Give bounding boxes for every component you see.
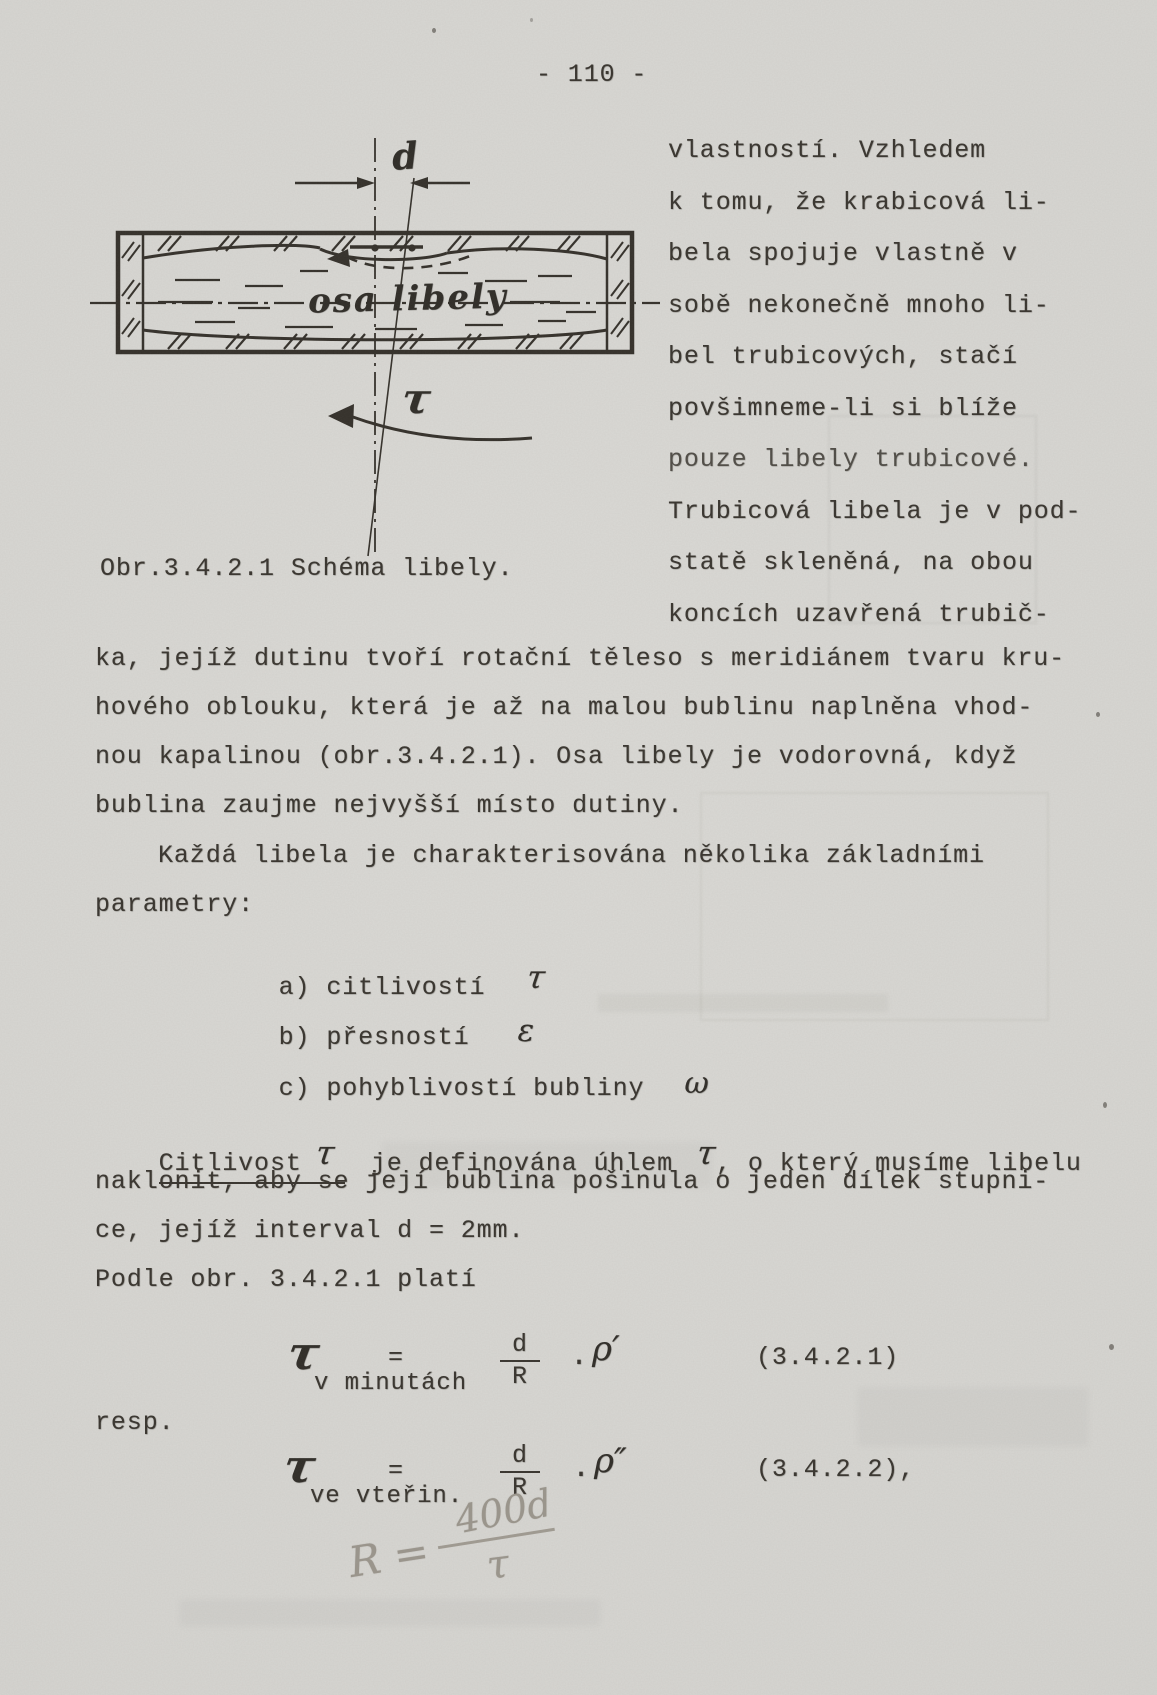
right-column-line: koncích uzavřená trubič- xyxy=(668,602,1050,627)
tau-symbol: τ xyxy=(525,961,548,993)
right-column-line: vlastností. Vzhledem xyxy=(668,138,986,163)
right-column-line: sobě nekonečně mnoho li- xyxy=(668,293,1050,318)
page-number: - 110 - xyxy=(536,62,647,87)
right-column-line: Trubicová libela je v pod- xyxy=(668,499,1081,524)
resp-label: resp. xyxy=(95,1410,175,1435)
right-column-line: statě skleněná, na obou xyxy=(668,550,1034,575)
bleedthrough-ghost xyxy=(700,792,1049,1021)
body-line: ka, jejíž dutinu tvoří rotační těleso s … xyxy=(95,646,1065,671)
sensitivity-line: Podle obr. 3.4.2.1 platí xyxy=(95,1267,477,1292)
paper-speck xyxy=(432,28,436,33)
body-line: hového oblouku, která je až na malou bub… xyxy=(95,695,1033,720)
scanned-page: - 110 - xyxy=(0,0,1157,1695)
figure-label-d: d xyxy=(391,137,419,176)
sensitivity-line: naklonit, aby se její bublina pošinula o… xyxy=(95,1169,1049,1194)
body-line: nou kapalinou (obr.3.4.2.1). Osa libely … xyxy=(95,744,1017,769)
pencil-denominator: τ xyxy=(484,1541,512,1589)
paper-speck xyxy=(1103,1102,1107,1108)
dimension-d-arrows xyxy=(295,177,470,189)
sensitivity-line: ce, jejíž interval d = 2mm. xyxy=(95,1218,524,1243)
formula-rho: ρ′ xyxy=(592,1332,620,1366)
body-line: bublina zaujme nejvyšší místo dutiny. xyxy=(95,793,683,818)
right-column-line: bel trubicových, stačí xyxy=(668,344,1018,369)
right-column-line: bela spojuje vlastně v xyxy=(668,241,1018,266)
omega-symbol: ω xyxy=(684,1069,709,1099)
body-line: Každá libela je charakterisována několik… xyxy=(158,843,985,868)
formula-equals: = xyxy=(388,1458,404,1483)
formula-rho: ρ″ xyxy=(594,1444,627,1478)
figure-caption: Obr.3.4.2.1 Schéma libely. xyxy=(100,556,513,581)
pencil-lhs: R = xyxy=(345,1526,432,1587)
paper-speck xyxy=(530,18,533,22)
formula-dot: · xyxy=(572,1460,591,1490)
tau-symbol: τ xyxy=(695,1136,719,1169)
paper-speck xyxy=(1096,712,1100,717)
level-schematic-figure xyxy=(70,130,670,590)
figure-label-tau: τ xyxy=(399,378,433,420)
bleedthrough-ghost xyxy=(598,994,888,1012)
list-marker: c) xyxy=(279,1074,311,1103)
right-column-line: pouze libely trubicové. xyxy=(668,447,1034,472)
right-column-line: povšimneme-li si blíže xyxy=(668,396,1018,421)
list-item: c) pohyblivostí bublinyω xyxy=(215,1046,710,1126)
formula-subscript: v minutách xyxy=(314,1372,467,1396)
fraction-denominator: R xyxy=(500,1360,540,1389)
list-label: pohyblivostí bubliny xyxy=(326,1074,644,1103)
formula-equals: = xyxy=(388,1345,404,1370)
paper-speck xyxy=(1109,1344,1114,1350)
right-column-line: k tomu, že krabicová li- xyxy=(668,190,1050,215)
fraction-numerator: d xyxy=(502,1443,538,1471)
formula-dot: · xyxy=(570,1348,589,1378)
body-line: parametry: xyxy=(95,892,254,917)
figure-label-axis: osa libely xyxy=(308,279,508,318)
pencil-fraction: 400d τ xyxy=(435,1488,558,1591)
equation-number: (3.4.2.1) xyxy=(756,1345,899,1370)
epsilon-symbol: ε xyxy=(517,1016,535,1047)
equation-number: (3.4.2.2), xyxy=(756,1457,915,1482)
bleedthrough-ghost xyxy=(858,1388,1088,1446)
tilt-arc-arrow xyxy=(328,404,532,440)
tau-symbol: τ xyxy=(313,1136,337,1169)
fraction-numerator: d xyxy=(502,1332,538,1360)
formula-fraction: d R xyxy=(500,1332,540,1389)
